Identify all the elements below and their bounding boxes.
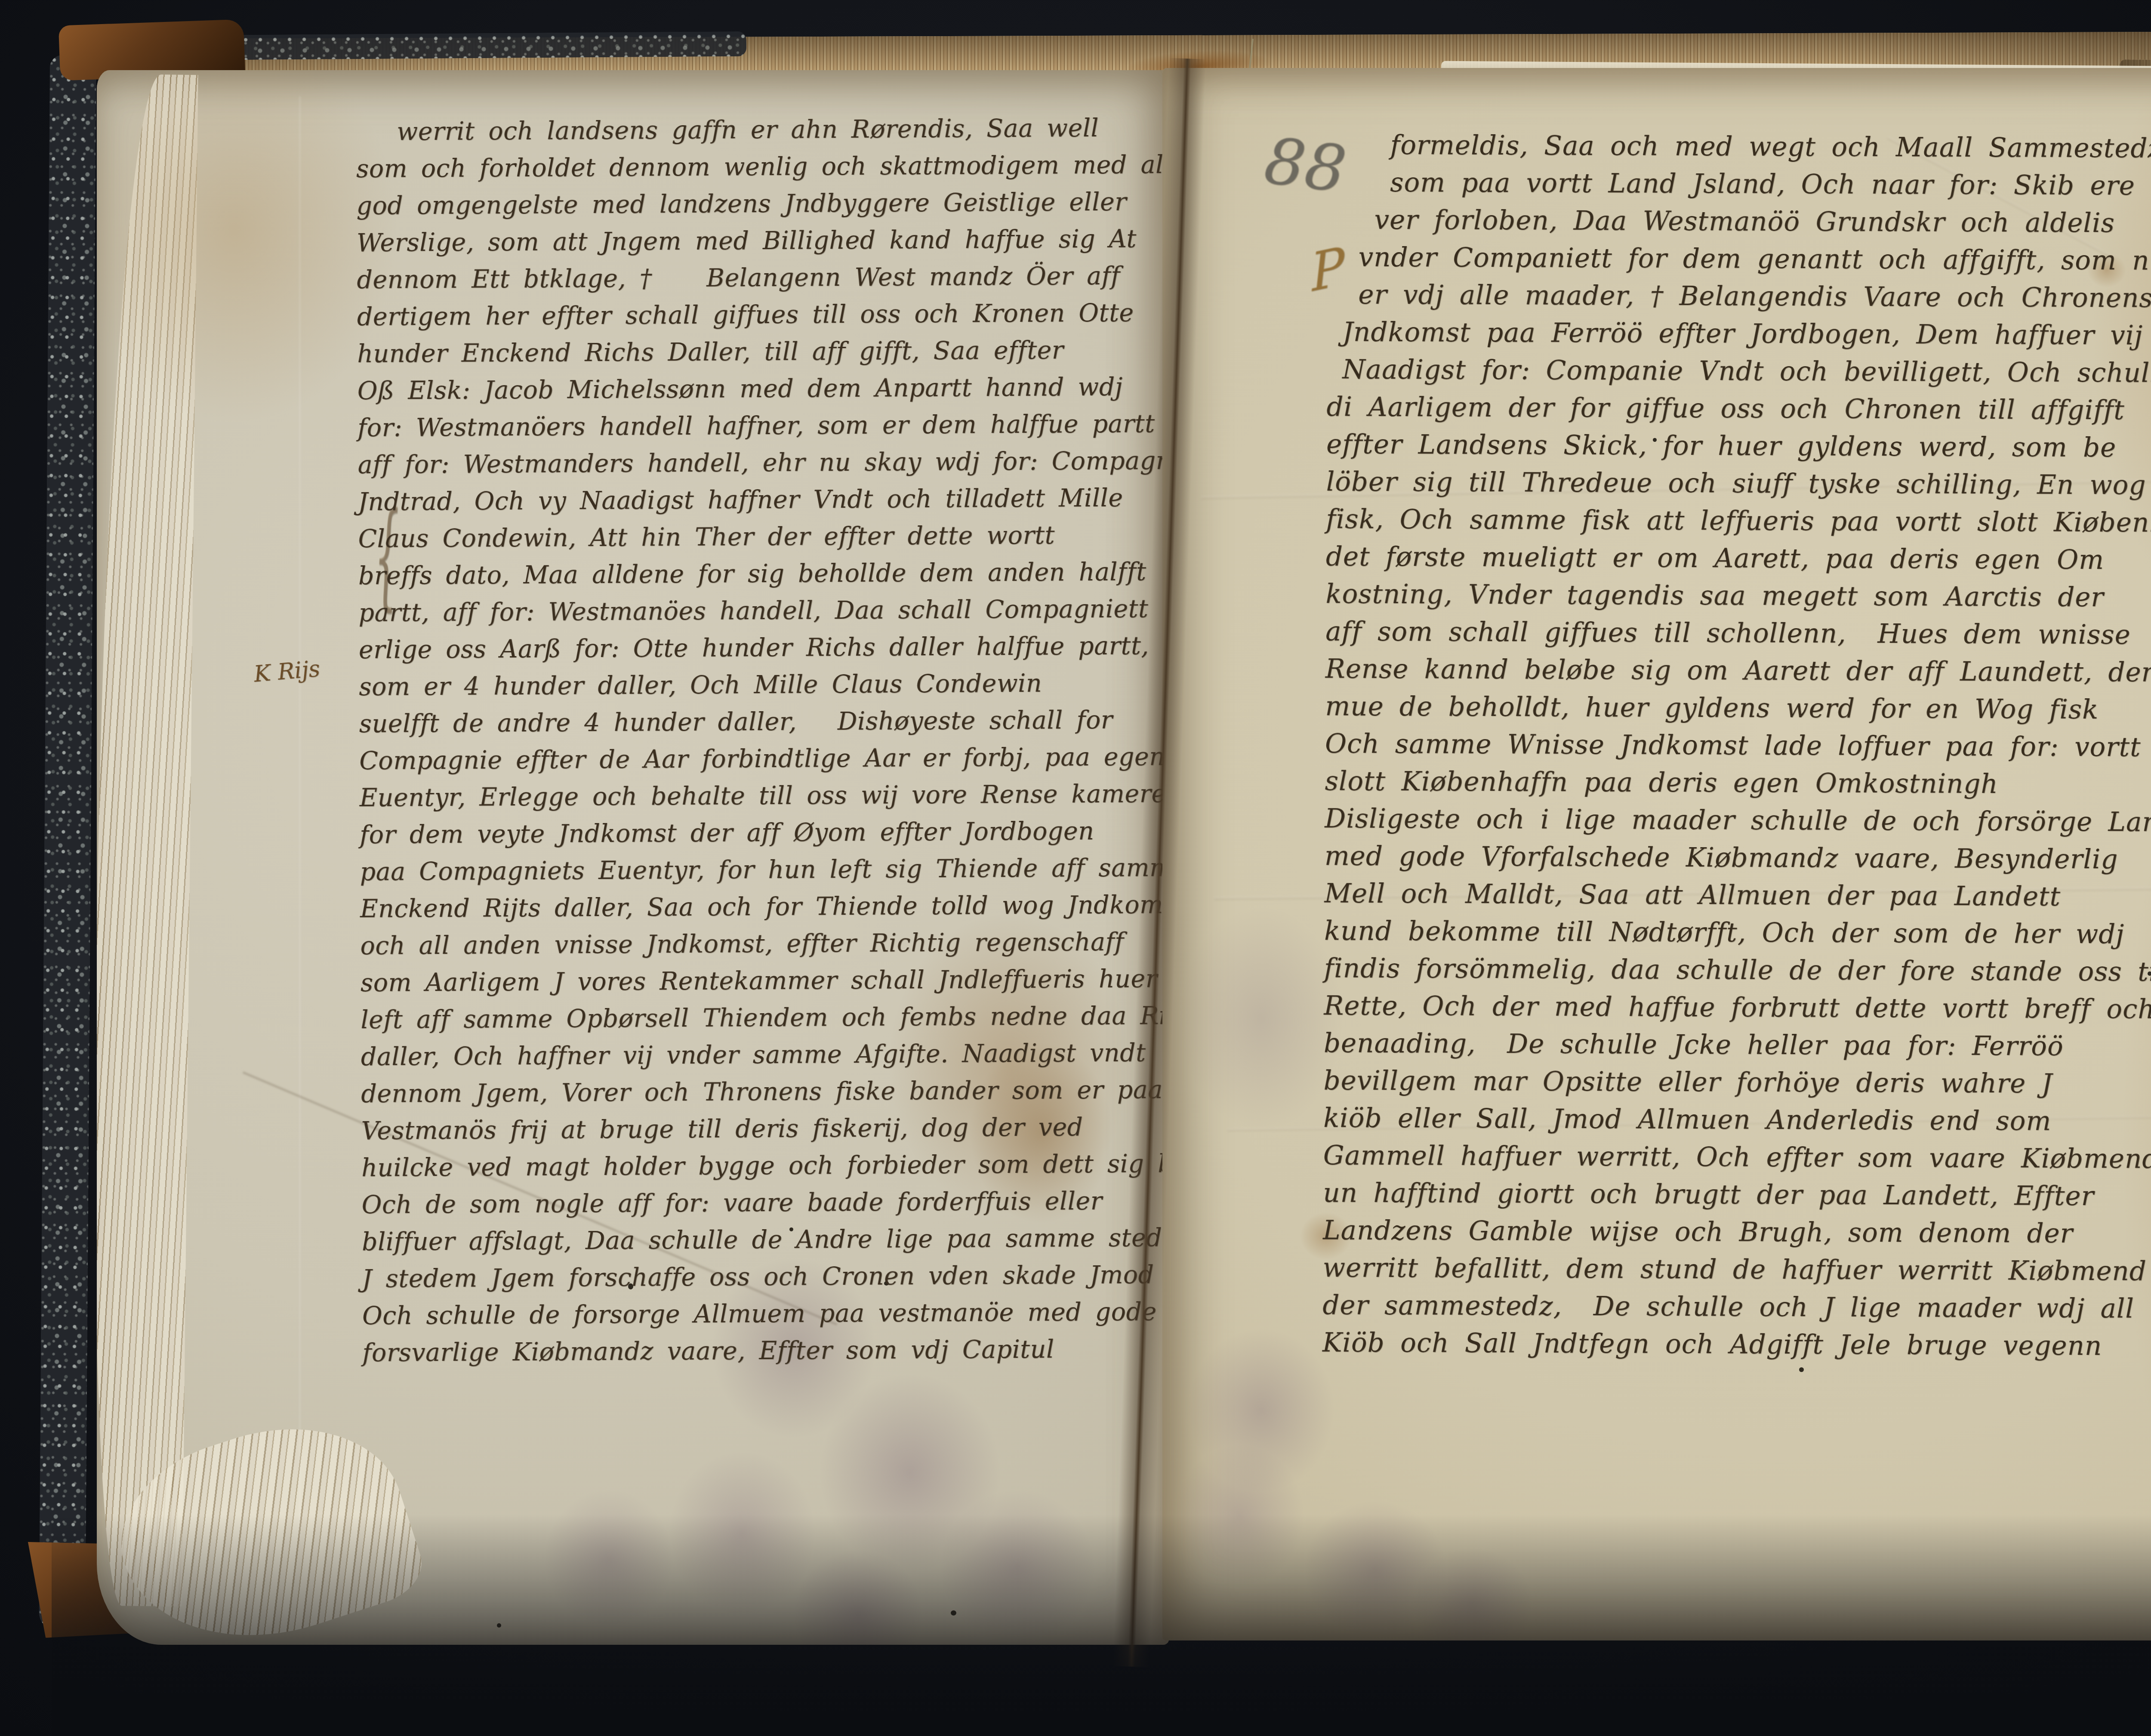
- manuscript-text-line: werritt befallitt, dem stund de haffuer …: [1323, 1249, 2151, 1290]
- right-page: 88 P formeldis, Saa och med wegt och Maa…: [1162, 68, 2151, 1640]
- left-page-text: werrit och landsens gaffn er ahn Rørendi…: [356, 109, 1169, 1372]
- manuscript-text-line: hunder Enckend Richs Daller, till aff gi…: [357, 331, 1166, 373]
- water-stain-purple: [1180, 907, 1343, 1131]
- manuscript-text-line: ver forloben, Daa Westmanöö Grundskr och…: [1327, 201, 2151, 242]
- manuscript-text-line: Compagnie effter de Aar forbindtlige Aar…: [359, 738, 1168, 780]
- left-cover-marbled-edge: [39, 55, 96, 1630]
- manuscript-text-line: erlige oss Aarß for: Otte hunder Richs d…: [359, 627, 1168, 669]
- manuscript-text-line: aff for: Westmanders handell, ehr nu ska…: [357, 442, 1166, 484]
- ink-speck: [1799, 1367, 1804, 1372]
- bottom-shadow: [52, 1514, 2151, 1736]
- manuscript-text-line: bliffuer affslagt, Daa schulle de Andre …: [362, 1219, 1169, 1261]
- manuscript-text-line: Rense kannd beløbe sig om Aarett der aff…: [1325, 650, 2151, 691]
- manuscript-text-line: J stedem Jgem forschaffe oss och Cronen …: [362, 1256, 1169, 1298]
- manuscript-text-line: Euentyr, Erlegge och behalte till oss wi…: [359, 775, 1168, 817]
- manuscript-text-line: breffs dato, Maa alldene for sig beholld…: [358, 553, 1167, 595]
- manuscript-text-line: huilcke ved magt holder bygge och forbie…: [361, 1145, 1169, 1187]
- manuscript-text-line: som och forholdet dennom wenlig och skat…: [356, 146, 1165, 188]
- manuscript-text-line: kund bekomme till Nødtørfft, Och der som…: [1324, 912, 2151, 953]
- right-page-text: formeldis, Saa och med wegt och Maall Sa…: [1322, 126, 2151, 1365]
- manuscript-text-line: benaading, De schulle Jcke heller paa fo…: [1324, 1024, 2151, 1066]
- manuscript-text-line: med gode Vforfalschede Kiøbmandz vaare, …: [1325, 837, 2151, 879]
- manuscript-text-line: bevillgem mar Opsitte eller forhöye deri…: [1323, 1062, 2151, 1103]
- manuscript-text-line: och all anden vnisse Jndkomst, effter Ri…: [360, 923, 1169, 965]
- manuscript-text-line: Naadigst for: Companie Vndt och bevillig…: [1327, 351, 2151, 392]
- manuscript-text-line: Jndtrad, Och vy Naadigst haffner Vndt oc…: [358, 479, 1167, 521]
- manuscript-text-line: Och samme Wnisse Jndkomst lade loffuer p…: [1325, 725, 2151, 766]
- manuscript-text-line: er vdj alle maader, † Belangendis Vaare …: [1327, 276, 2151, 317]
- manuscript-text-line: Oß Elsk: Jacob Michelssønn med dem Anpar…: [357, 368, 1166, 410]
- manuscript-text-line: forsvarlige Kiøbmandz vaare, Effter som …: [362, 1330, 1169, 1372]
- open-book: { K Rijs werrit och landsens gaffn er ah…: [0, 0, 2151, 1736]
- manuscript-text-line: Enckend Rijts daller, Saa och for Thiend…: [360, 886, 1169, 928]
- manuscript-text-line: der sammestedz, De schulle och J lige ma…: [1322, 1286, 2151, 1328]
- manuscript-text-line: vnder Companiett for dem genantt och aff…: [1327, 238, 2151, 280]
- manuscript-text-line: partt, aff for: Westmanöes handell, Daa …: [358, 590, 1167, 632]
- manuscript-photo: { "manuscript": { "right_page_number": "…: [0, 0, 2151, 1736]
- manuscript-text-line: un hafftind giortt och brugtt der paa La…: [1323, 1174, 2151, 1215]
- manuscript-text-line: slott Kiøbenhaffn paa deris egen Omkostn…: [1325, 762, 2151, 804]
- manuscript-text-line: Kiöb och Sall Jndtfegn och Adgifft Jele …: [1322, 1324, 2151, 1365]
- manuscript-text-line: som Aarligem J vores Rentekammer schall …: [361, 960, 1169, 1002]
- manuscript-text-line: daller, Och haffner vij vnder samme Afgi…: [361, 1034, 1169, 1076]
- manuscript-text-line: Och schulle de forsorge Allmuem paa vest…: [362, 1293, 1169, 1335]
- manuscript-text-line: dertigem her effter schall giffues till …: [357, 294, 1166, 336]
- manuscript-text-line: formeldis, Saa och med wegt och Maall Sa…: [1328, 126, 2151, 167]
- manuscript-text-line: fisk, Och samme fisk att leffueris paa v…: [1326, 500, 2151, 542]
- manuscript-text-line: det første mueligtt er om Aarett, paa de…: [1326, 538, 2151, 579]
- manuscript-text-line: Vestmanös frij at bruge till deris fiske…: [361, 1108, 1169, 1150]
- manuscript-text-line: suelfft de andre 4 hunder daller, Dishøy…: [359, 701, 1168, 743]
- manuscript-text-line: som er 4 hunder daller, Och Mille Claus …: [359, 664, 1168, 706]
- manuscript-text-line: effter Landsens Skick, for huer gyldens …: [1326, 426, 2151, 467]
- left-page: { K Rijs werrit och landsens gaffn er ah…: [97, 70, 1169, 1645]
- manuscript-text-line: di Aarligem der for giffue oss och Chron…: [1326, 388, 2151, 429]
- manuscript-text-line: dennom Jgem, Vorer och Thronens fiske ba…: [361, 1071, 1169, 1113]
- manuscript-text-line: paa Compagniets Euentyr, for hun left si…: [360, 849, 1168, 891]
- manuscript-text-line: aff som schall giffues till schollenn, H…: [1325, 613, 2151, 654]
- manuscript-text-line: kostning, Vnder tagendis saa megett som …: [1325, 575, 2151, 617]
- damp-stain-top-left: [97, 70, 398, 423]
- manuscript-text-line: werrit och landsens gaffn er ahn Rørendi…: [356, 109, 1165, 151]
- manuscript-text-line: Werslige, som att Jngem med Billighed ka…: [357, 220, 1165, 262]
- manuscript-text-line: Rette, Och der med haffue forbrutt dette…: [1324, 987, 2151, 1028]
- manuscript-text-line: for: Westmanöers handell haffner, som er…: [357, 405, 1166, 447]
- margin-note: K Rijs: [253, 656, 321, 687]
- manuscript-text-line: Disligeste och i lige maader schulle de …: [1325, 800, 2151, 841]
- manuscript-text-line: Claus Condewin, Att hin Ther der effter …: [358, 516, 1167, 558]
- manuscript-text-line: for dem veyte Jndkomst der aff Øyom efft…: [360, 812, 1168, 854]
- chain-line: [299, 96, 301, 1537]
- manuscript-text-line: Jndkomst paa Ferröö effter Jordbogen, De…: [1327, 313, 2151, 355]
- manuscript-text-line: löber sig till Thredeue och siuff tyske …: [1326, 463, 2151, 504]
- manuscript-text-line: som paa vortt Land Jsland, Och naar for:…: [1328, 163, 2151, 205]
- manuscript-text-line: left aff samme Opbørsell Thiendem och fe…: [361, 997, 1169, 1039]
- manuscript-text-line: Gammell haffuer werritt, Och effter som …: [1323, 1137, 2151, 1178]
- manuscript-text-line: mue de beholldt, huer gyldens werd for e…: [1325, 688, 2151, 729]
- manuscript-text-line: Landzens Gamble wijse och Brugh, som den…: [1323, 1212, 2151, 1253]
- manuscript-text-line: findis forsömmelig, daa schulle de der f…: [1324, 950, 2151, 991]
- manuscript-text-line: god omgengelste med landzens Jndbyggere …: [356, 183, 1165, 225]
- manuscript-text-line: Mell och Malldt, Saa att Allmuen der paa…: [1324, 875, 2151, 916]
- manuscript-text-line: dennom Ett btklage, † Belangenn West man…: [357, 257, 1165, 299]
- manuscript-text-line: Och de som nogle aff for: vaare baade fo…: [361, 1182, 1169, 1224]
- manuscript-text-line: kiöb eller Sall, Jmod Allmuen Anderledis…: [1323, 1099, 2151, 1141]
